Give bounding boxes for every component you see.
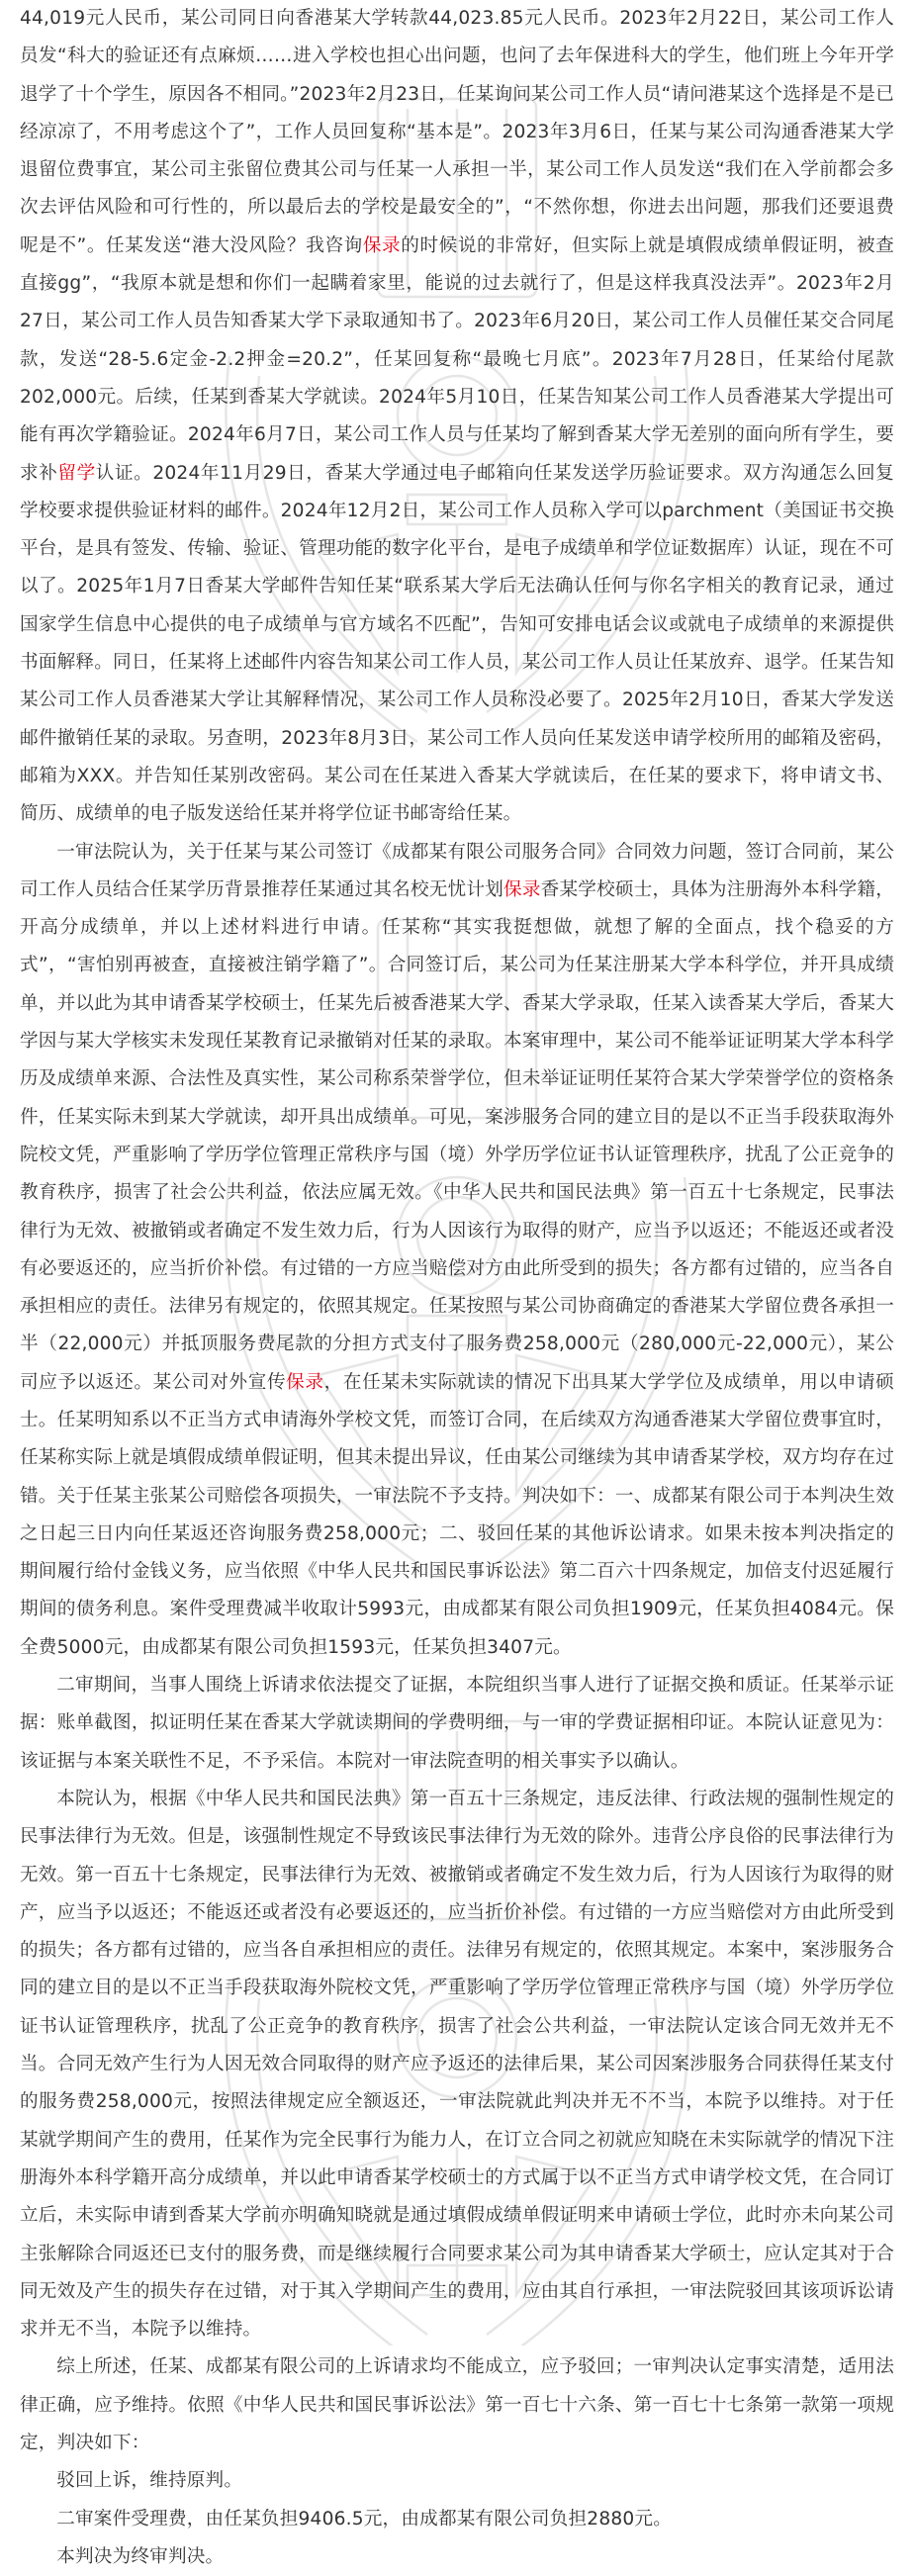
paragraph-text: 二审期间，当事人围绕上诉请求依法提交了证据，本院组织当事人进行了证据交换和质证。… [20,1675,894,1772]
paragraph-text: 二审案件受理费，由任某负担9406.5元，由成都某有限公司负担2880元。 [56,2509,672,2530]
document-paragraph: 44,019元人民币，某公司同日向香港某大学转款44,023.85元人民币。20… [20,0,894,834]
highlighted-keyword: 留学 [57,463,95,484]
paragraph-text: ，在任某未实际就读的情况下出具某大学学位及成绩单，用以申请硕士。任某明知系以不正… [20,1372,894,1658]
paragraph-text: 44,019元人民币，某公司同日向香港某大学转款44,023.85元人民币。20… [20,8,894,256]
highlighted-keyword: 保录 [363,235,401,256]
document-paragraph: 驳回上诉，维持原判。 [20,2462,894,2500]
document-paragraph: 二审期间，当事人围绕上诉请求依法提交了证据，本院组织当事人进行了证据交换和质证。… [20,1667,894,1781]
document-paragraph: 本判决为终审判决。 [20,2538,894,2576]
judgment-document: 44,019元人民币，某公司同日向香港某大学转款44,023.85元人民币。20… [0,0,914,2576]
document-paragraph: 综上所述，任某、成都某有限公司的上诉请求均不能成立，应予驳回；一审判决认定事实清… [20,2348,894,2462]
document-paragraph: 一审法院认为，关于任某与某公司签订《成都某有限公司服务合同》合同效力问题，签订合… [20,834,894,1668]
highlighted-keyword: 保录 [503,879,541,900]
paragraph-text: 综上所述，任某、成都某有限公司的上诉请求均不能成立，应予驳回；一审判决认定事实清… [20,2356,894,2453]
paragraph-text: 本判决为终审判决。 [56,2546,224,2567]
paragraph-text: 认证。2024年11月29日，香某大学通过电子邮箱向任某发送学历验证要求。双方沟… [20,463,894,825]
highlighted-keyword: 保录 [286,1372,323,1393]
document-paragraph: 二审案件受理费，由任某负担9406.5元，由成都某有限公司负担2880元。 [20,2501,894,2538]
paragraph-text: 的时候说的非常好，但实际上就是填假成绩单假证明，被查直接gg”，“我原本就是想和… [20,235,894,484]
paragraph-text: 本院认为，根据《中华人民共和国民法典》第一百五十三条规定，违反法律、行政法规的强… [20,1789,894,2340]
paragraph-text: 驳回上诉，维持原判。 [56,2470,242,2491]
paragraph-text: 香某学校硕士，具体为注册海外本科学籍，开高分成绩单，并以上述材料进行申请。任某称… [20,879,894,1393]
document-paragraph: 本院认为，根据《中华人民共和国民法典》第一百五十三条规定，违反法律、行政法规的强… [20,1781,894,2348]
